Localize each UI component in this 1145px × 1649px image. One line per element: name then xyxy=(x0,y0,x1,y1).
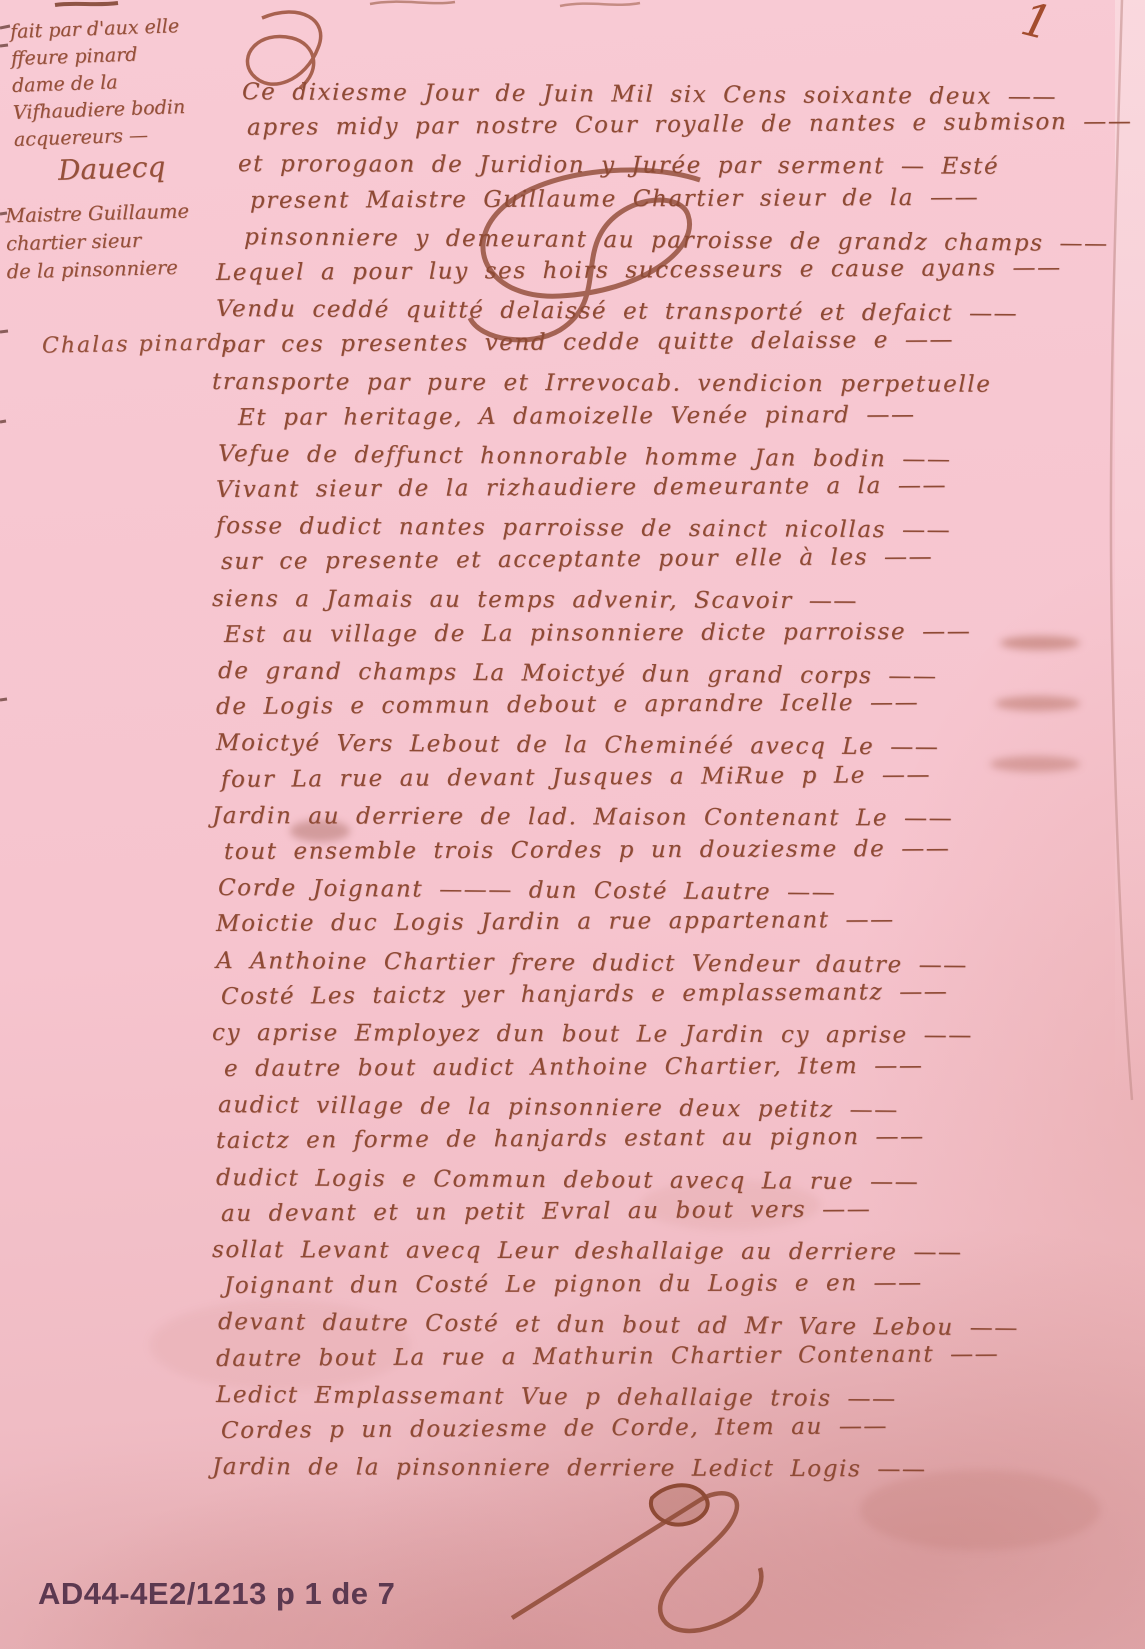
manuscript-line: sur ce presente et acceptante pour elle … xyxy=(221,538,1101,580)
manuscript-line: present Maistre Guillaume Chartier sieur… xyxy=(224,179,1104,219)
manuscript-line: four La rue au devant Jusques a MiRue p … xyxy=(221,755,1101,797)
margin-note-dauecq: Dauecq xyxy=(57,150,165,187)
paper-edge-crease xyxy=(1111,0,1132,1100)
manuscript-line: Jardin de la pinsonniere derriere Ledict… xyxy=(212,1449,1092,1488)
manuscript-line: apres midy par nostre Cour royalle de na… xyxy=(221,104,1101,146)
manuscript-line: par ces presentes vend cedde quitte dela… xyxy=(221,321,1101,363)
margin-note-line: acquereurs — xyxy=(13,121,186,154)
paper-torn-edge xyxy=(1115,0,1145,1100)
manuscript-line: dautre bout La rue a Mathurin Chartier C… xyxy=(216,1335,1096,1377)
cropped-line-fragment xyxy=(55,3,118,5)
manuscript-line: de Logis e commun debout e aprandre Icel… xyxy=(216,684,1096,726)
margin-note-line: Maistre Guillaume xyxy=(5,198,189,231)
margin-signature: Chalas pinard. xyxy=(42,330,233,358)
cropped-line-fragment xyxy=(560,3,640,6)
manuscript-line: Cordes p un douziesme de Corde, Item au … xyxy=(221,1407,1101,1449)
manuscript-line: taictz en forme de hanjards estant au pi… xyxy=(216,1118,1096,1160)
manuscript-line: Est au village de La pinsonniere dicte p… xyxy=(224,613,1104,653)
paraph-flourish-bottom xyxy=(512,1493,761,1631)
manuscript-line: e dautre bout audict Anthoine Chartier, … xyxy=(224,1047,1104,1087)
manuscript-line: au devant et un petit Evral au bout vers… xyxy=(221,1190,1101,1232)
manuscript-line: Moictie duc Logis Jardin a rue appartena… xyxy=(216,901,1096,943)
manuscript-scan-page: fait par d'aux elleffeure pinarddame de … xyxy=(0,0,1145,1649)
margin-note-seller: Maistre Guillaumechartier sieurde la pin… xyxy=(5,198,191,287)
folio-number: 1 xyxy=(1016,0,1057,51)
manuscript-line: tout ensemble trois Cordes p un douziesm… xyxy=(224,830,1104,870)
manuscript-line: Vivant sieur de la rizhaudiere demeurant… xyxy=(216,467,1096,509)
paraph-flourish-bottom-loop xyxy=(651,1485,708,1524)
manuscript-line: Joignant dun Costé Le pignon du Logis e … xyxy=(224,1264,1104,1304)
margin-note-buyer: fait par d'aux elleffeure pinarddame de … xyxy=(10,13,187,154)
manuscript-line: Lequel a pour luy ses hoirs successeurs … xyxy=(216,250,1096,292)
scanner-edge-marks xyxy=(0,26,10,700)
archive-reference-stamp: AD44-4E2/1213 p 1 de 7 xyxy=(38,1576,395,1612)
manuscript-line: Costé Les taictz yer hanjards e emplasse… xyxy=(221,973,1101,1015)
cropped-line-fragment xyxy=(370,2,455,4)
manuscript-body: Ce dixiesme Jour de Juin Mil six Cens so… xyxy=(216,74,1096,1485)
margin-note-line: de la pinsonniere xyxy=(6,254,190,287)
manuscript-line: Et par heritage, A damoizelle Venée pina… xyxy=(224,396,1104,436)
